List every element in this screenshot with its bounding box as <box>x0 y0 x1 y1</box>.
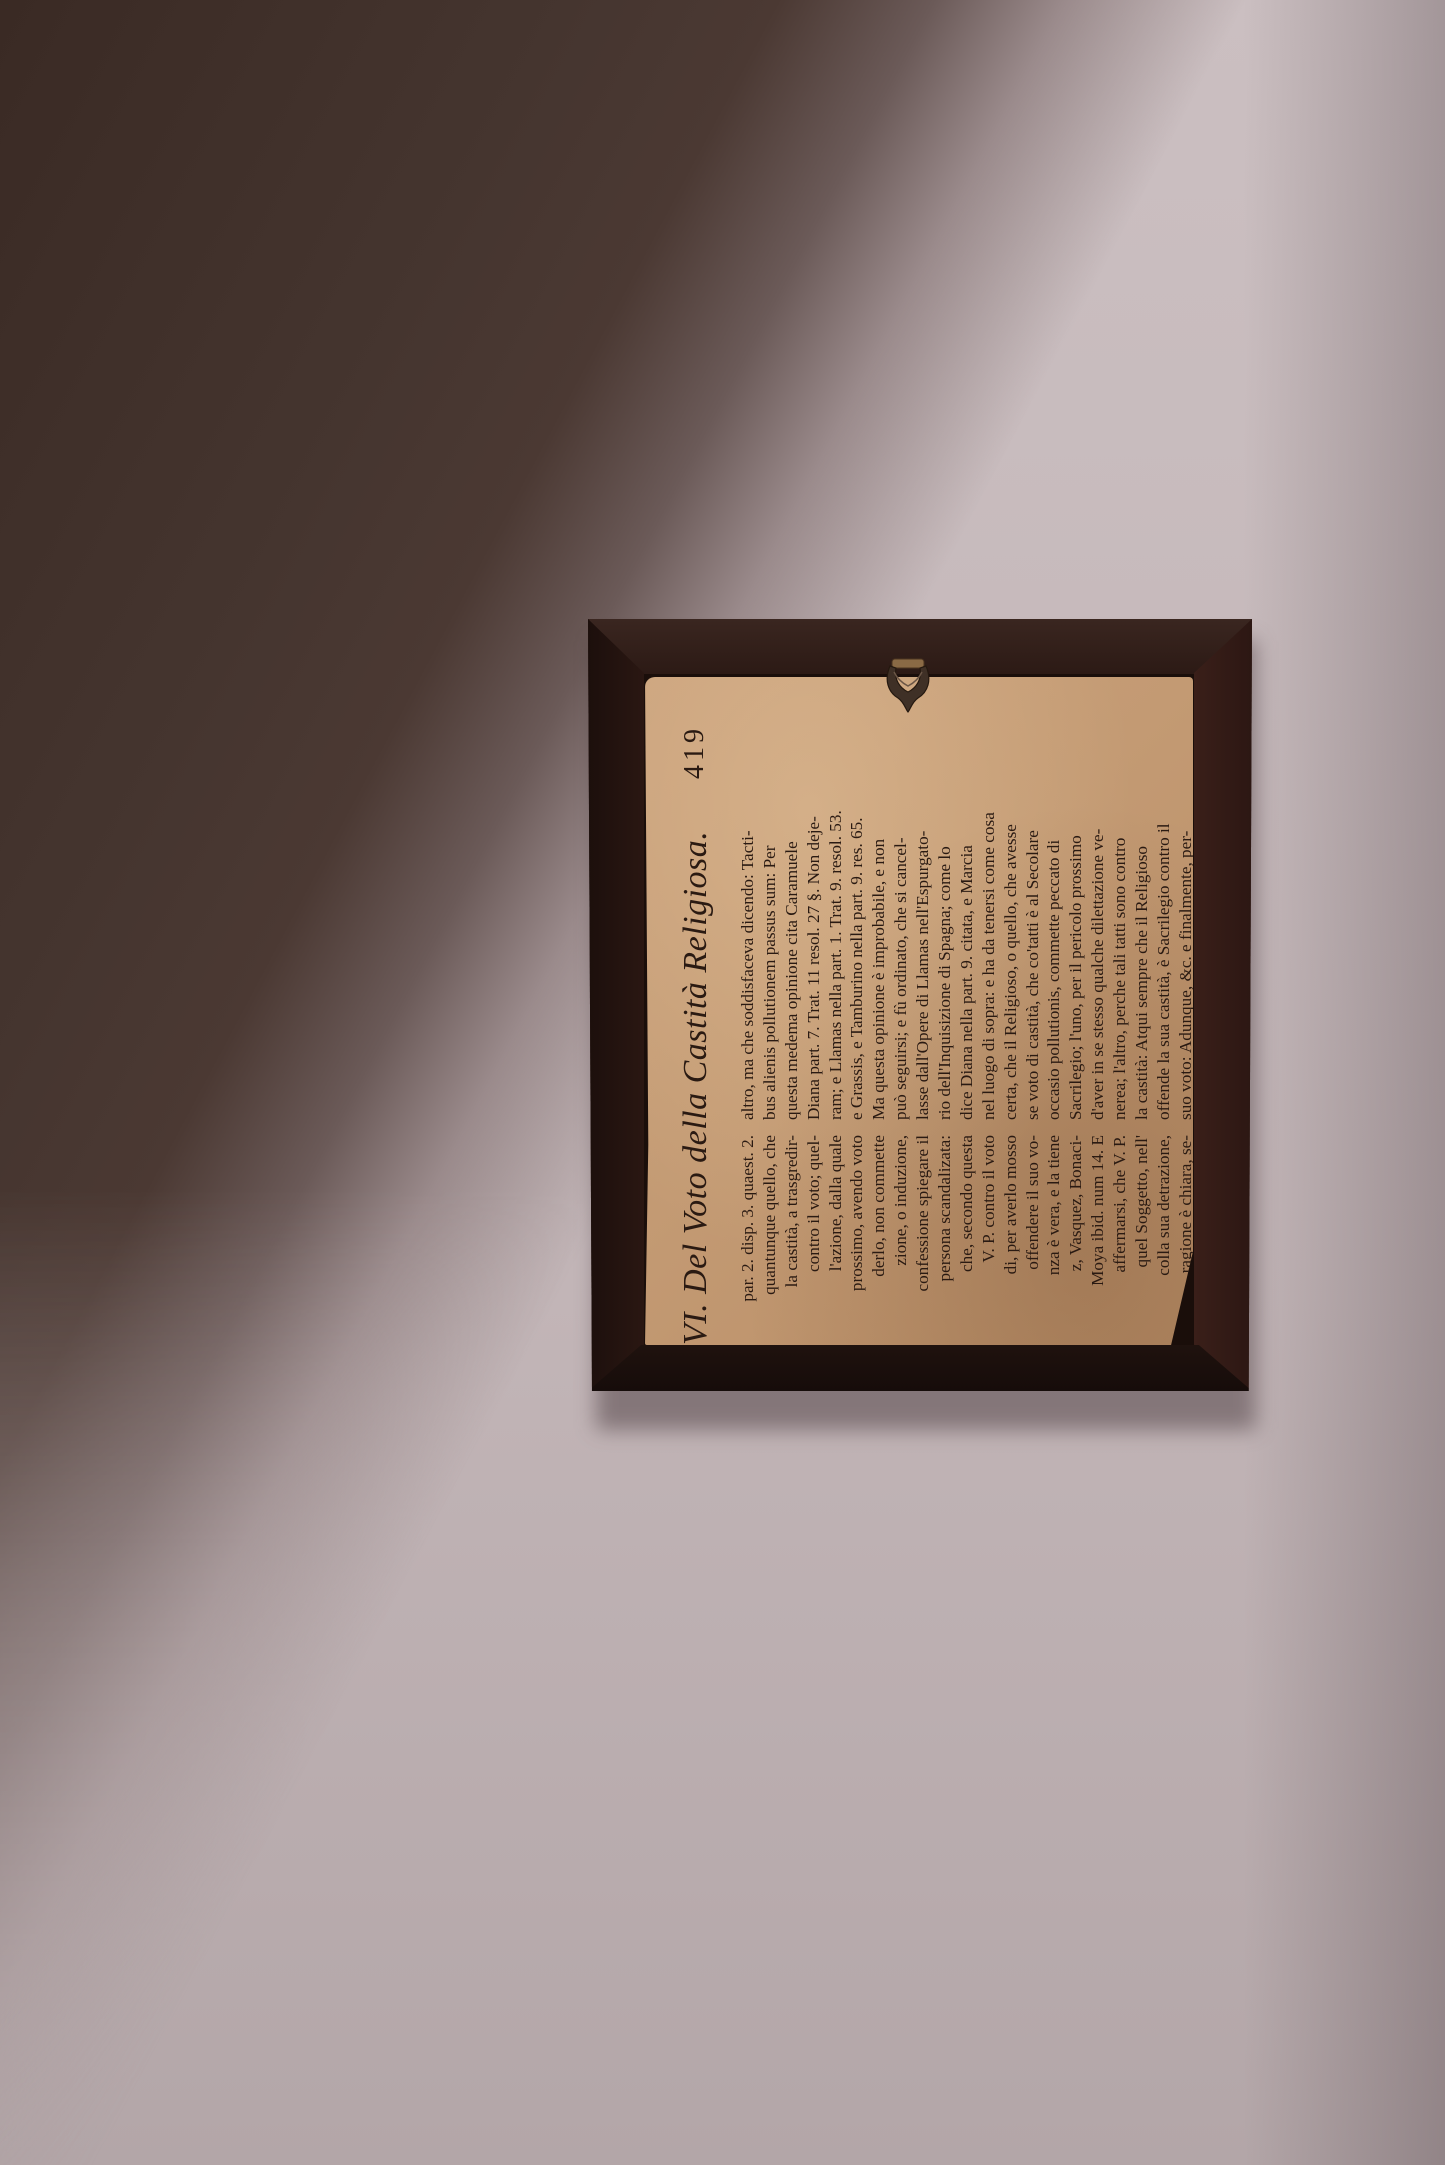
text-line: se voto di castità, che co'tatti è al Se… <box>1022 725 1044 1120</box>
text-line: occasio pollutionis, commette peccato di <box>1043 725 1065 1120</box>
text-line: offendere il suo vo- <box>1022 1135 1044 1345</box>
brass-ring-hanger-icon <box>880 658 936 718</box>
text-line: quantunque quello, che <box>759 1135 781 1345</box>
text-line: può seguirsi; e fù ordinato, che si canc… <box>890 725 912 1120</box>
text-line: lasse dall'Opere di Llamas nell'Espurgat… <box>912 725 934 1120</box>
text-line: Ma questa opinione è improbabile, e non <box>868 725 890 1120</box>
text-line: certa, che il Religioso, o quello, che a… <box>1000 725 1022 1120</box>
text-line: altro, ma che soddisfaceva dicendo: Tact… <box>737 725 759 1120</box>
text-line: nza è vera, e la tiene <box>1043 1135 1065 1345</box>
text-line: offende la sua castità, è Sacrilegio con… <box>1153 725 1175 1120</box>
text-line: derlo, non commette <box>868 1135 890 1345</box>
text-line: colla sua detrazione, <box>1153 1135 1175 1345</box>
text-line: confessione spiegare il <box>912 1135 934 1345</box>
running-head-title: VI. Del Voto della Castità Religiosa. <box>677 831 715 1345</box>
text-line: zione, o induzione, <box>890 1135 912 1345</box>
text-line: la castità: Atqui sempre che il Religios… <box>1131 725 1153 1120</box>
text-line: ram; e Llamas nella part. 1. Trat. 9. re… <box>825 725 847 1120</box>
text-line: d'aver in se stesso qualche dilettazione… <box>1087 725 1109 1120</box>
page-number: 419 <box>679 725 711 779</box>
rotated-text-block: VI. Del Voto della Castità Religiosa. 41… <box>645 677 1193 1345</box>
frame-rail-right <box>1194 619 1252 1391</box>
text-line: par. 2. disp. 3. quaest. 2. <box>737 1135 759 1345</box>
text-line: dice Diana nella part. 9. citata, e Marc… <box>956 725 978 1120</box>
text-line: Sacrilegio; l'uno, per il pericolo pross… <box>1065 725 1087 1120</box>
text-line: nel luogo di sopra: e ha da tenersi come… <box>978 725 1000 1120</box>
frame-rail-bottom <box>588 1345 1252 1391</box>
antique-printed-page: VI. Del Voto della Castità Religiosa. 41… <box>645 677 1193 1345</box>
text-line: questa medema opinione cita Caramuele <box>781 725 803 1120</box>
text-line: suo voto: Adunque, &c. e finalmente, per… <box>1175 725 1193 1120</box>
text-line: nerea; l'altro, perche tali tatti sono c… <box>1109 725 1131 1120</box>
text-line: quel Soggetto, nell' <box>1131 1135 1153 1345</box>
text-line: V. P. contro il voto <box>978 1135 1000 1345</box>
text-line: l'azione, dalla quale <box>825 1135 847 1345</box>
text-line: di, per averlo mosso <box>1000 1135 1022 1345</box>
text-line: z, Vasquez, Bonaci- <box>1065 1135 1087 1345</box>
running-head: VI. Del Voto della Castità Religiosa. 41… <box>677 725 727 1345</box>
text-line: Diana part. 7. Trat. 11 resol. 27 §. Non… <box>803 725 825 1120</box>
frame-rail-left <box>588 619 644 1391</box>
right-column: altro, ma che soddisfaceva dicendo: Tact… <box>737 725 1193 1120</box>
text-line: la castità, a trasgredir- <box>781 1135 803 1345</box>
text-line: persona scandalizata: <box>934 1135 956 1345</box>
text-line: affermarsi, che V. P. <box>1109 1135 1131 1345</box>
text-line: bus alienis pollutionem passus sum: Per <box>759 725 781 1120</box>
text-line: prossimo, avendo voto <box>846 1135 868 1345</box>
text-line: che, secondo questa <box>956 1135 978 1345</box>
text-line: e Grassis, e Tamburino nella part. 9. re… <box>846 725 868 1120</box>
text-line: Moya ibid. num 14. E <box>1087 1135 1109 1345</box>
left-column: par. 2. disp. 3. quaest. 2. quantunque q… <box>737 1135 1193 1345</box>
text-line: rio dell'Inquisizione di Spagna; come lo <box>934 725 956 1120</box>
text-line: contro il voto; quel- <box>803 1135 825 1345</box>
